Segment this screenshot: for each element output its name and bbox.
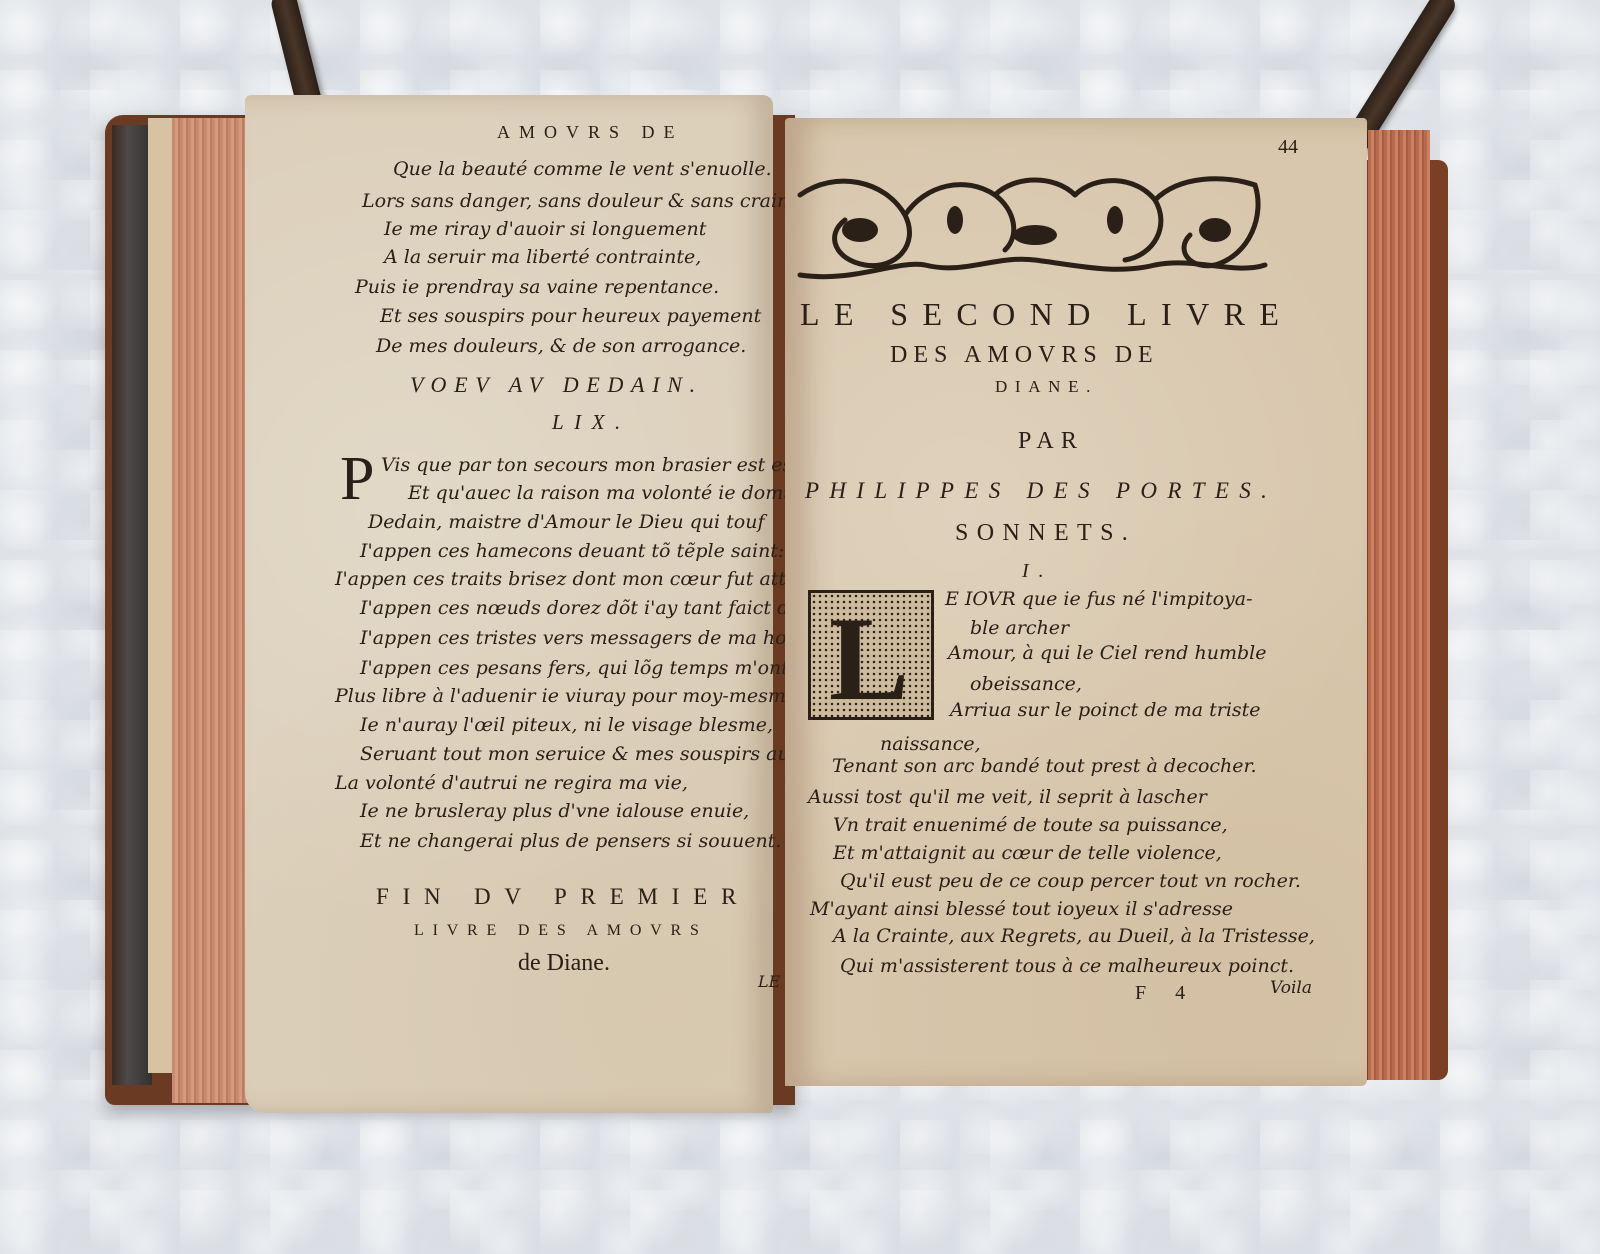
sonnet-line: Ie ne brusleray plus d'vne ialouse enuie… bbox=[360, 800, 749, 822]
poem-line: Puis ie prendray sa vaine repentance. bbox=[355, 276, 719, 298]
right-catchword: Voila bbox=[1270, 978, 1312, 998]
sonnet-line: I'appen ces tristes vers messagers de ma… bbox=[360, 627, 824, 649]
book-spine bbox=[112, 125, 152, 1085]
sonnet-line: Ie n'auray l'œil piteux, ni le visage bl… bbox=[360, 714, 773, 736]
sonnet-line: Tenant son arc bandé tout prest à decoch… bbox=[832, 755, 1257, 777]
colophon-line-3: de Diane. bbox=[518, 950, 610, 977]
poem-line: Et ses souspirs pour heureux payement bbox=[380, 305, 761, 327]
sonnet-line: Vis que par ton secours mon brasier est … bbox=[381, 454, 843, 476]
woodcut-ornament-headpiece bbox=[795, 165, 1270, 285]
book-title-line-3: DIANE. bbox=[995, 377, 1098, 397]
left-catchword: LE bbox=[758, 972, 780, 991]
section-heading: SONNETS. bbox=[955, 520, 1136, 547]
book-title-line-2: DES AMOVRS DE bbox=[890, 342, 1159, 369]
poem-line: Ie me riray d'auoir si longuement bbox=[384, 218, 706, 240]
poem-line: De mes douleurs, & de son arrogance. bbox=[376, 335, 746, 357]
sonnet-line: I'appen ces traits brisez dont mon cœur … bbox=[335, 568, 816, 590]
poem-line: A la seruir ma liberté contrainte, bbox=[384, 246, 701, 268]
sonnet-line: naissance, bbox=[880, 733, 981, 755]
sonnet-line: Amour, à qui le Ciel rend humble bbox=[948, 642, 1266, 664]
page-edges-left bbox=[172, 118, 252, 1103]
signature-mark: F 4 bbox=[1135, 982, 1197, 1005]
sonnet-line: Seruant tout mon seruice & mes souspirs … bbox=[360, 743, 806, 765]
page-edges-right bbox=[1368, 130, 1430, 1080]
sonnet-line: ble archer bbox=[970, 617, 1069, 639]
sonnet-line: M'ayant ainsi blessé tout ioyeux il s'ad… bbox=[810, 898, 1233, 920]
poem-line: Lors sans danger, sans douleur & sans cr… bbox=[362, 190, 814, 212]
colophon-line-2: LIVRE DES AMOVRS bbox=[414, 922, 708, 940]
sonnet-line: Et ne changerai plus de pensers si souue… bbox=[360, 830, 781, 852]
sonnet-line: Vn trait enuenimé de toute sa puissance, bbox=[833, 814, 1228, 836]
right-sonnet-number: I. bbox=[1022, 560, 1054, 583]
colophon-line-1: FIN DV PREMIER bbox=[376, 884, 750, 910]
sonnet-line: Qui m'assisterent tous à ce malheureux p… bbox=[840, 955, 1294, 977]
sonnet-line: Plus libre à l'aduenir ie viuray pour mo… bbox=[335, 685, 803, 707]
drop-initial-letter: L bbox=[829, 599, 909, 719]
sonnet-line: Dedain, maistre d'Amour le Dieu qui touf bbox=[368, 511, 765, 533]
sonnet-line: Aussi tost qu'il me veit, il seprit à la… bbox=[808, 786, 1207, 808]
sonnet-line: I'appen ces pesans fers, qui lõg temps m… bbox=[360, 657, 824, 679]
by-line: PAR bbox=[1018, 428, 1084, 455]
sonnet-line: I'appen ces nœuds dorez dõt i'ay tant fa… bbox=[360, 597, 823, 619]
left-running-head: AMOVRS DE bbox=[497, 122, 684, 143]
sonnet-line: Arriua sur le poinct de ma triste bbox=[950, 699, 1261, 721]
book-title-line-1: LE SECOND LIVRE bbox=[800, 296, 1293, 333]
sonnet-line: obeissance, bbox=[970, 673, 1082, 695]
drop-initial-p: P bbox=[340, 448, 374, 510]
sonnet-line: La volonté d'autrui ne regira ma vie, bbox=[335, 772, 688, 794]
sonnet-title: VOEV AV DEDAIN. bbox=[410, 372, 703, 398]
sonnet-line: I'appen ces hamecons deuant tõ tẽple sai… bbox=[360, 540, 827, 562]
page-number: 44 bbox=[1278, 136, 1298, 159]
sonnet-line: Qu'il eust peu de ce coup percer tout vn… bbox=[840, 870, 1301, 892]
sonnet-line: Et m'attaignit au cœur de telle violence… bbox=[833, 842, 1222, 864]
author-name: PHILIPPES DES PORTES. bbox=[805, 478, 1277, 504]
sonnet-line: A la Crainte, aux Regrets, au Dueil, à l… bbox=[833, 925, 1315, 947]
sonnet-line: E IOVR que ie fus né l'impitoya- bbox=[945, 588, 1253, 610]
poem-line: Que la beauté comme le vent s'enuolle. bbox=[393, 158, 772, 180]
sonnet-line: Et qu'auec la raison ma volonté ie domte… bbox=[408, 482, 808, 504]
decorated-initial-l: L bbox=[808, 590, 934, 720]
sonnet-number: LIX. bbox=[552, 410, 631, 435]
